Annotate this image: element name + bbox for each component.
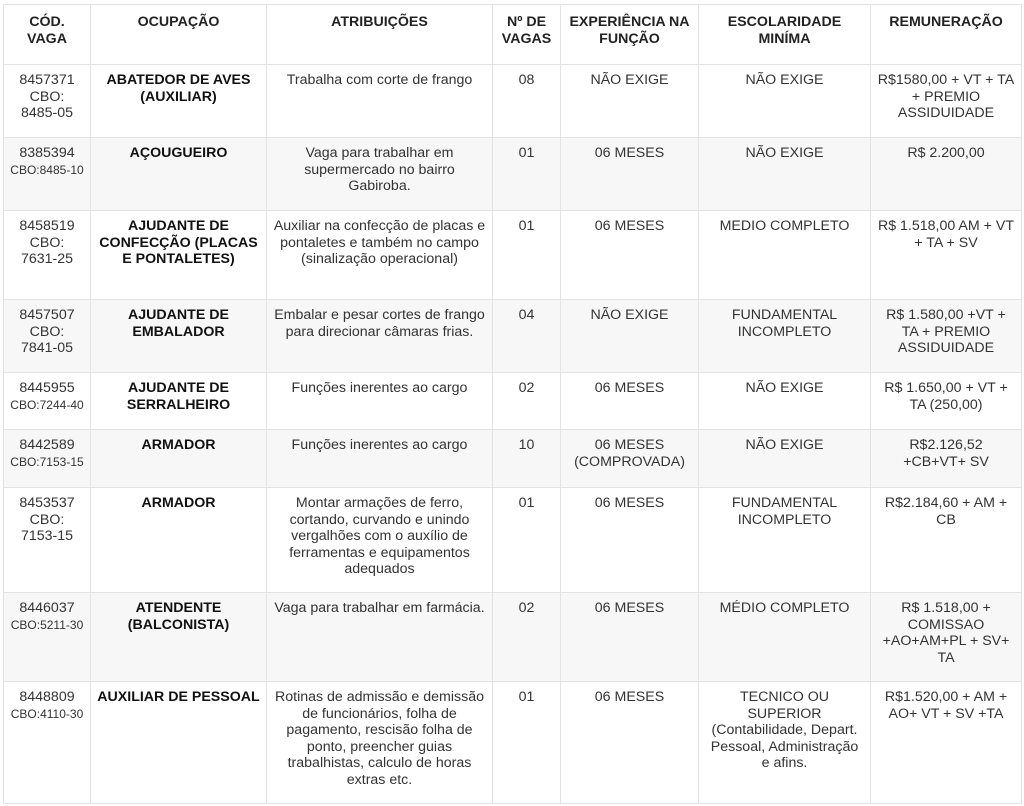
- job-code-cell: 8457371CBO: 8485-05: [4, 65, 91, 138]
- pay-cell: R$1.520,00 + AM + AO+ VT + SV +TA: [871, 682, 1022, 804]
- pay-cell: R$ 1.518,00 + COMISSAO +AO+AM+PL + SV+ T…: [871, 593, 1022, 682]
- openings-cell: 01: [493, 211, 561, 300]
- occupation-cell: AJUDANTE DE SERRALHEIRO: [91, 373, 267, 430]
- cbo-code: CBO:7153-15: [10, 454, 84, 471]
- cbo-code: CBO: 8485-05: [10, 89, 84, 122]
- job-code: 8453537: [10, 495, 84, 512]
- openings-cell: 01: [493, 682, 561, 804]
- occupation-cell: ARMADOR: [91, 430, 267, 488]
- cbo-code: CBO:4110-30: [10, 706, 84, 723]
- job-code: 8446037: [10, 600, 84, 617]
- openings-cell: 01: [493, 138, 561, 211]
- table-row: 8458519CBO: 7631-25AJUDANTE DE CONFECÇÃO…: [4, 211, 1022, 300]
- job-code-cell: 8457507CBO: 7841-05: [4, 300, 91, 373]
- job-code-cell: 8458519CBO: 7631-25: [4, 211, 91, 300]
- occupation-cell: AUXILIAR DE PESSOAL: [91, 682, 267, 804]
- job-code: 8385394: [10, 145, 84, 162]
- duties-cell: Vaga para trabalhar em farmácia.: [267, 593, 493, 682]
- job-code: 8445955: [10, 380, 84, 397]
- job-code-cell: 8448809CBO:4110-30: [4, 682, 91, 804]
- occupation-cell: ATENDENTE (BALCONISTA): [91, 593, 267, 682]
- openings-cell: 10: [493, 430, 561, 488]
- pay-cell: R$ 1.580,00 +VT + TA + PREMIO ASSIDUIDAD…: [871, 300, 1022, 373]
- pay-cell: R$2.126,52 +CB+VT+ SV: [871, 430, 1022, 488]
- cbo-code: CBO: 7153-15: [10, 512, 84, 545]
- job-code-cell: 8442589CBO:7153-15: [4, 430, 91, 488]
- pay-cell: R$2.184,60 + AM + CB: [871, 488, 1022, 593]
- header-code: CÓD. VAGA: [4, 5, 91, 65]
- duties-cell: Trabalha com corte de frango: [267, 65, 493, 138]
- occupation-cell: AÇOUGUEIRO: [91, 138, 267, 211]
- occupation-cell: AJUDANTE DE EMBALADOR: [91, 300, 267, 373]
- job-code: 8442589: [10, 437, 84, 454]
- duties-cell: Funções inerentes ao cargo: [267, 373, 493, 430]
- table-row: 8385394CBO:8485-10AÇOUGUEIROVaga para tr…: [4, 138, 1022, 211]
- job-code: 8448809: [10, 689, 84, 706]
- pay-cell: R$ 1.518,00 AM + VT + TA + SV: [871, 211, 1022, 300]
- table-row: 8448809CBO:4110-30AUXILIAR DE PESSOALRot…: [4, 682, 1022, 804]
- duties-cell: Embalar e pesar cortes de frango para di…: [267, 300, 493, 373]
- education-cell: MEDIO COMPLETO: [699, 211, 871, 300]
- table-row: 8442589CBO:7153-15ARMADORFunções inerent…: [4, 430, 1022, 488]
- table-row: 8453537CBO: 7153-15ARMADORMontar armaçõe…: [4, 488, 1022, 593]
- education-cell: NÃO EXIGE: [699, 138, 871, 211]
- education-cell: NÃO EXIGE: [699, 430, 871, 488]
- education-cell: NÃO EXIGE: [699, 373, 871, 430]
- pay-cell: R$ 1.650,00 + VT + TA (250,00): [871, 373, 1022, 430]
- job-code-cell: 8385394CBO:8485-10: [4, 138, 91, 211]
- occupation-cell: ARMADOR: [91, 488, 267, 593]
- pay-cell: R$ 2.200,00: [871, 138, 1022, 211]
- job-code-cell: 8453537CBO: 7153-15: [4, 488, 91, 593]
- duties-cell: Funções inerentes ao cargo: [267, 430, 493, 488]
- table-row: 8446037CBO:5211-30ATENDENTE (BALCONISTA)…: [4, 593, 1022, 682]
- pay-cell: R$1580,00 + VT + TA + PREMIO ASSIDUIDADE: [871, 65, 1022, 138]
- openings-cell: 02: [493, 593, 561, 682]
- job-code: 8457507: [10, 307, 84, 324]
- header-pay: REMUNERAÇÃO: [871, 5, 1022, 65]
- job-code-cell: 8445955CBO:7244-40: [4, 373, 91, 430]
- job-code: 8458519: [10, 218, 84, 235]
- duties-cell: Rotinas de admissão e demissão de funcio…: [267, 682, 493, 804]
- cbo-code: CBO:7244-40: [10, 397, 84, 414]
- experience-cell: 06 MESES (COMPROVADA): [561, 430, 699, 488]
- experience-cell: 06 MESES: [561, 211, 699, 300]
- job-code: 8457371: [10, 72, 84, 89]
- experience-cell: 06 MESES: [561, 593, 699, 682]
- education-cell: FUNDAMENTAL INCOMPLETO: [699, 300, 871, 373]
- experience-cell: NÃO EXIGE: [561, 300, 699, 373]
- duties-cell: Auxiliar na confecção de placas e pontal…: [267, 211, 493, 300]
- openings-cell: 04: [493, 300, 561, 373]
- duties-cell: Vaga para trabalhar em supermercado no b…: [267, 138, 493, 211]
- table-body: 8457371CBO: 8485-05ABATEDOR DE AVES (AUX…: [4, 65, 1022, 804]
- cbo-code: CBO: 7841-05: [10, 324, 84, 357]
- education-cell: TECNICO OU SUPERIOR (Contabilidade, Depa…: [699, 682, 871, 804]
- duties-cell: Montar armações de ferro, cortando, curv…: [267, 488, 493, 593]
- experience-cell: 06 MESES: [561, 138, 699, 211]
- header-occupation: OCUPAÇÃO: [91, 5, 267, 65]
- header-openings: Nº DE VAGAS: [493, 5, 561, 65]
- occupation-cell: ABATEDOR DE AVES (AUXILIAR): [91, 65, 267, 138]
- header-education: ESCOLARIDADE MINÍMA: [699, 5, 871, 65]
- education-cell: NÃO EXIGE: [699, 65, 871, 138]
- job-code-cell: 8446037CBO:5211-30: [4, 593, 91, 682]
- education-cell: MÉDIO COMPLETO: [699, 593, 871, 682]
- job-listings-table: CÓD. VAGA OCUPAÇÃO ATRIBUIÇÕES Nº DE VAG…: [3, 4, 1022, 804]
- experience-cell: NÃO EXIGE: [561, 65, 699, 138]
- header-row: CÓD. VAGA OCUPAÇÃO ATRIBUIÇÕES Nº DE VAG…: [4, 5, 1022, 65]
- job-listings-container: CÓD. VAGA OCUPAÇÃO ATRIBUIÇÕES Nº DE VAG…: [3, 4, 1022, 804]
- cbo-code: CBO: 7631-25: [10, 235, 84, 268]
- cbo-code: CBO:8485-10: [10, 162, 84, 179]
- experience-cell: 06 MESES: [561, 682, 699, 804]
- openings-cell: 02: [493, 373, 561, 430]
- header-experience: EXPERIÊNCIA NA FUNÇÃO: [561, 5, 699, 65]
- experience-cell: 06 MESES: [561, 488, 699, 593]
- table-row: 8457507CBO: 7841-05AJUDANTE DE EMBALADOR…: [4, 300, 1022, 373]
- education-cell: FUNDAMENTAL INCOMPLETO: [699, 488, 871, 593]
- cbo-code: CBO:5211-30: [10, 617, 84, 634]
- header-duties: ATRIBUIÇÕES: [267, 5, 493, 65]
- experience-cell: 06 MESES: [561, 373, 699, 430]
- occupation-cell: AJUDANTE DE CONFECÇÃO (PLACAS E PONTALET…: [91, 211, 267, 300]
- openings-cell: 01: [493, 488, 561, 593]
- openings-cell: 08: [493, 65, 561, 138]
- table-row: 8445955CBO:7244-40AJUDANTE DE SERRALHEIR…: [4, 373, 1022, 430]
- table-row: 8457371CBO: 8485-05ABATEDOR DE AVES (AUX…: [4, 65, 1022, 138]
